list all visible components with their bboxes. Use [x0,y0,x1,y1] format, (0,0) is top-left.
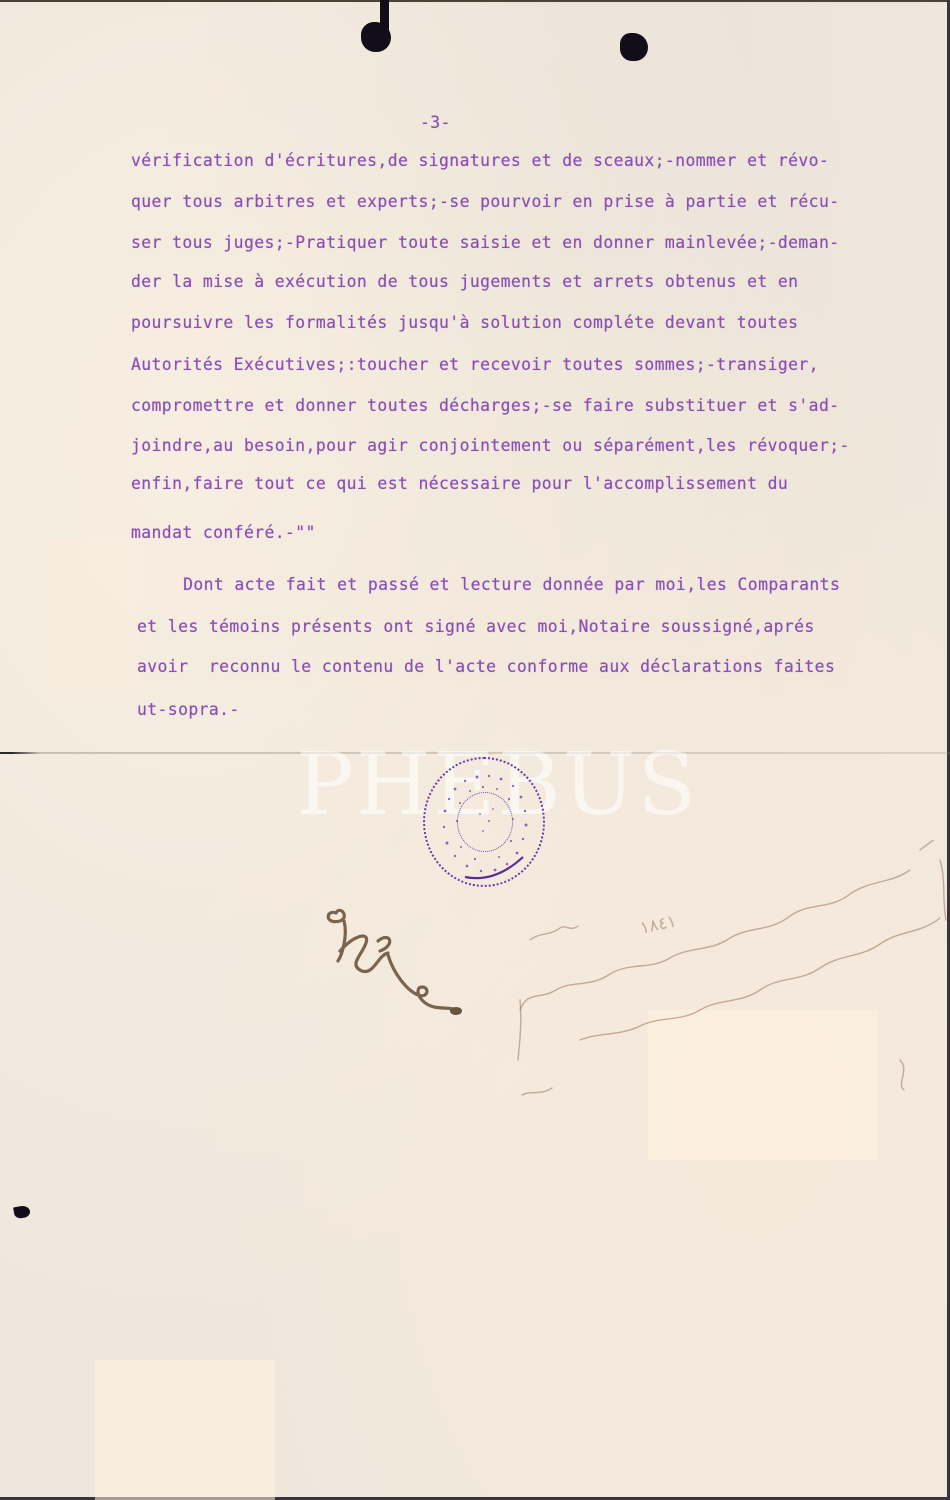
text-line: et les témoins présents ont signé avec m… [137,617,815,636]
text-line: Dont acte fait et passé et lecture donné… [142,575,840,594]
text-line: compromettre et donner toutes décharges;… [131,396,840,415]
text-line: Autorités Exécutives;:toucher et recevoi… [131,355,819,374]
text-line: quer tous arbitres et experts;-se pourvo… [131,192,840,211]
document-page: -3- vérification d'écritures,de signatur… [0,0,950,1500]
page-number: -3- [420,113,451,132]
paper-stain [95,1360,275,1500]
text-line: joindre,au besoin,pour agir conjointemen… [131,436,850,455]
paper-stain [44,540,139,690]
binding-hole [620,33,648,61]
text-line: ser tous juges;-Pratiquer toute saisie e… [131,233,840,252]
text-line: mandat conféré.-"" [131,523,316,542]
binding-hole [361,22,391,52]
text-line: ut-sopra.- [137,700,240,719]
text-line: poursuivre les formalités jusqu'à soluti… [131,313,798,332]
signature-icon [318,895,468,1025]
pencil-annotation-icon [500,840,950,1110]
text-line: der la mise à exécution de tous jugement… [131,272,798,291]
binding-hole [13,1205,31,1220]
text-line: vérification d'écritures,de signatures e… [131,151,829,170]
page-top-edge [0,0,950,2]
text-line: avoir reconnu le contenu de l'acte confo… [137,657,835,676]
text-line: enfin,faire tout ce qui est nécessaire p… [131,474,788,493]
